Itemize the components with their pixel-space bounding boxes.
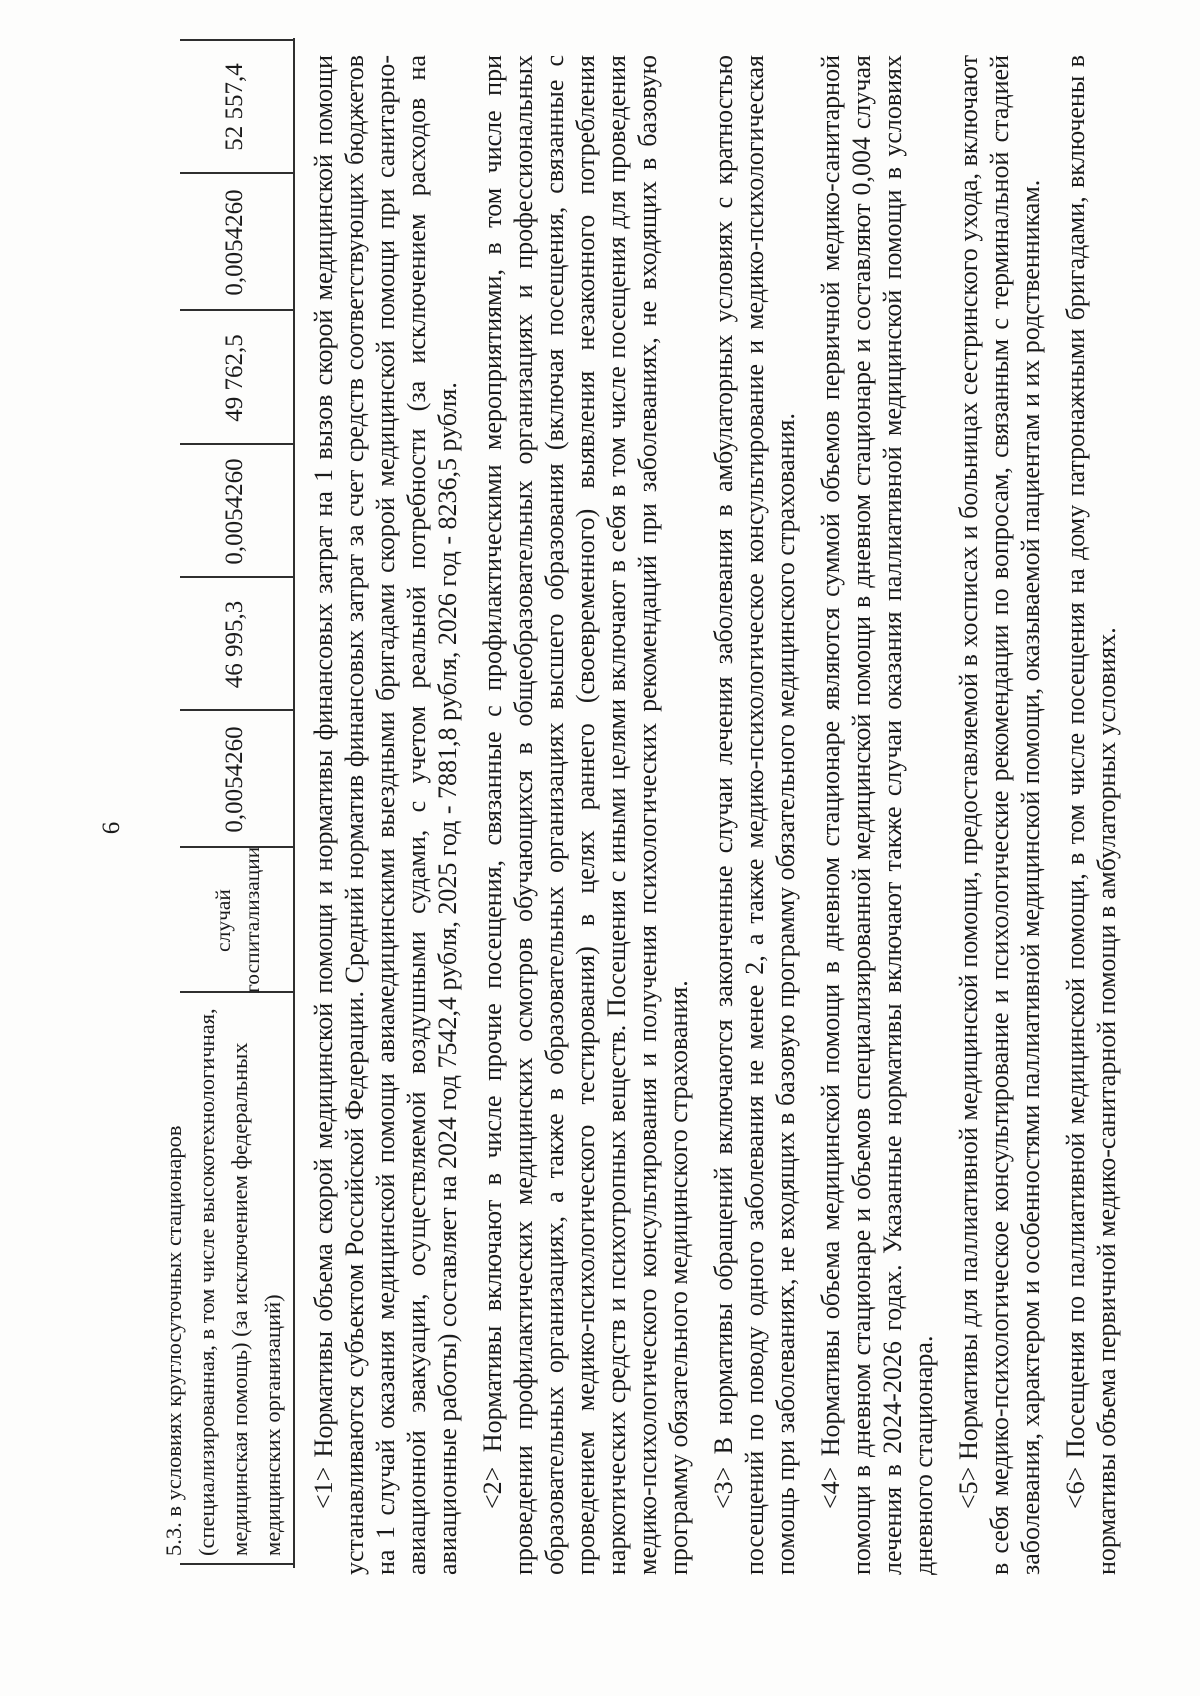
table-value-cell: 49 762,5 bbox=[221, 311, 249, 445]
table-value-cell: 46 995,3 bbox=[221, 578, 249, 711]
footnote-6: <6> Посещения по паллиативной медицинско… bbox=[1060, 55, 1122, 1575]
table-value-cell: 0,0054260 bbox=[221, 174, 249, 311]
row-label-line: медицинских организаций) bbox=[256, 971, 289, 1556]
table-unit-cell: случай госпитализации bbox=[209, 848, 267, 993]
row-label-line: (специализированная, в том числе высокот… bbox=[190, 971, 223, 1556]
row-label-line: 5.3. в условиях круглосуточных стационар… bbox=[157, 971, 190, 1556]
footnotes-block: <1> Нормативы объема скорой медицинской … bbox=[308, 55, 1136, 1575]
table-row-label: 5.3. в условиях круглосуточных стационар… bbox=[157, 971, 289, 1556]
footnote-4: <4> Нормативы объема медицинской помощи … bbox=[815, 55, 939, 1575]
table-value-cell: 0,0054260 bbox=[221, 445, 249, 578]
unit-line: случай bbox=[209, 848, 238, 993]
footnote-5: <5> Нормативы для паллиативной медицинск… bbox=[953, 55, 1046, 1575]
footnote-2: <2> Нормативы включают в числе прочие по… bbox=[477, 55, 694, 1575]
rotated-page-content: 6 5.3. в условиях круглосуточных стацион… bbox=[0, 0, 1200, 1696]
table-bottom-border bbox=[293, 38, 295, 1568]
footnote-3: <3> В нормативы обращений включаются зак… bbox=[708, 55, 801, 1575]
footnote-1: <1> Нормативы объема скорой медицинской … bbox=[308, 55, 463, 1575]
table-value-cell: 0,0054260 bbox=[221, 711, 249, 848]
scanned-document-page: 6 5.3. в условиях круглосуточных стацион… bbox=[0, 0, 1200, 1696]
unit-line: госпитализации bbox=[238, 848, 267, 993]
row-label-line: медицинская помощь) (за исключением феде… bbox=[223, 971, 256, 1556]
table-value-cell: 52 557,4 bbox=[221, 40, 249, 174]
table-left-border bbox=[180, 1563, 295, 1565]
page-number: 6 bbox=[98, 798, 126, 858]
